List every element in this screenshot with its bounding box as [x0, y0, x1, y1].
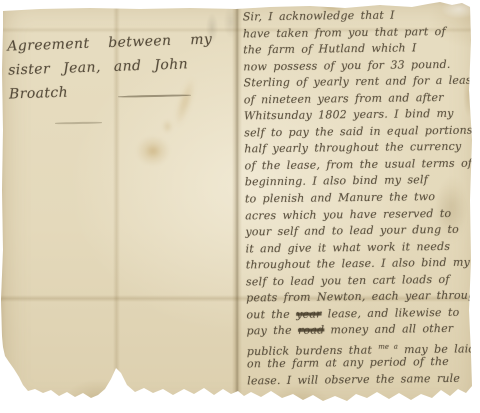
handwritten-word: sister	[8, 61, 50, 78]
struck-word: year	[296, 307, 322, 320]
cover-note: AgreementbetweenmysisterJean,andJohnBroa…	[7, 23, 214, 102]
handwritten-word: Broatch	[9, 85, 69, 103]
stain-small	[161, 118, 174, 135]
handwritten-word: Jean,	[63, 59, 101, 76]
handwritten-word: John	[154, 56, 188, 73]
handwritten-word: my	[190, 31, 213, 48]
scanned-letter: AgreementbetweenmysisterJean,andJohnBroa…	[0, 0, 480, 413]
paper-sheet: AgreementbetweenmysisterJean,andJohnBroa…	[0, 0, 480, 413]
center-fold-crease	[232, 0, 242, 413]
letter-body: Sir, I acknowledge that Ihave taken from…	[243, 7, 476, 390]
letter-line-10: of the lease, from the usual terms of	[245, 156, 473, 175]
handwritten-word: and	[114, 58, 142, 75]
inserted-word: me a	[378, 342, 398, 350]
letter-line-2: have taken from you that part of	[243, 23, 471, 42]
struck-word: road	[298, 324, 324, 337]
letter-line-23: lease. I will observe the same rule	[247, 371, 475, 390]
faint-underline	[55, 122, 102, 124]
handwritten-word: between	[108, 33, 172, 51]
stain-blotch	[136, 136, 170, 166]
handwritten-word: Agreement	[7, 36, 90, 55]
